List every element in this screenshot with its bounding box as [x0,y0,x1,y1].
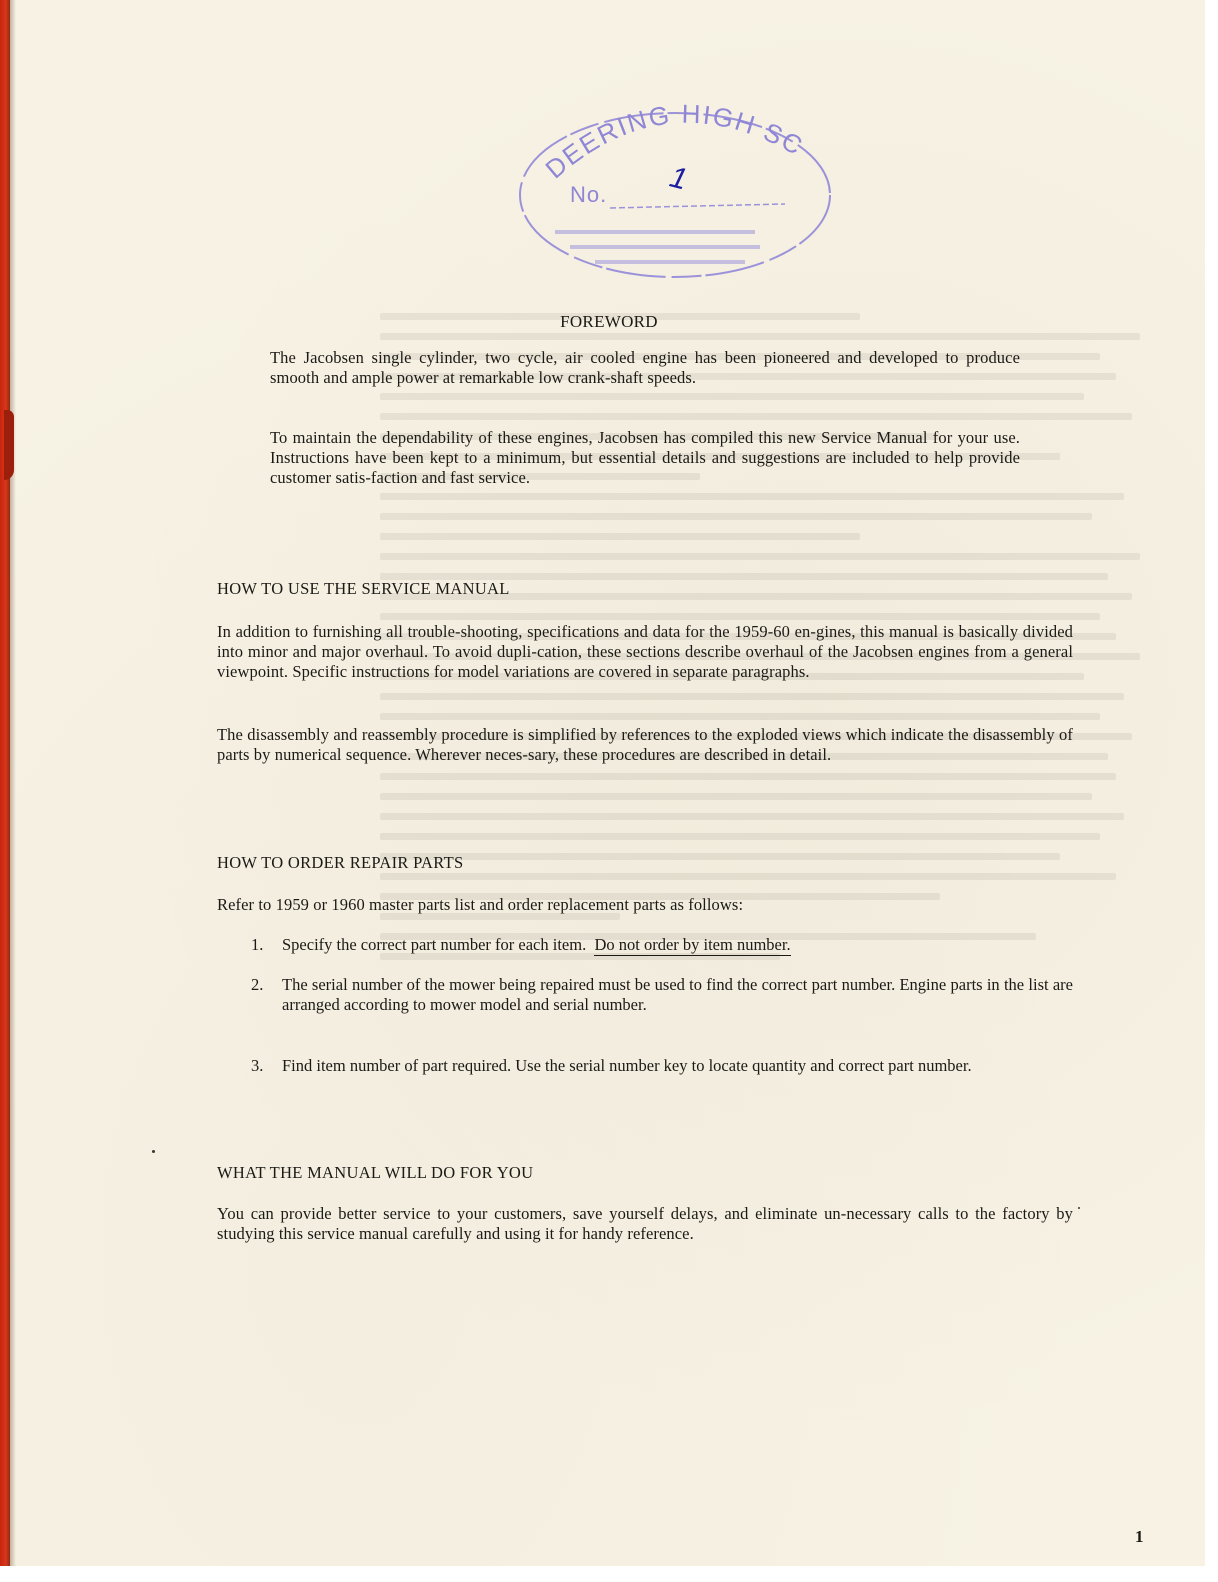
stamp-school-name: DEERING HIGH SCHOOL [515,100,809,184]
step-text: Find item number of part required. Use t… [282,1056,1073,1076]
order-parts-heading: HOW TO ORDER REPAIR PARTS [217,853,463,873]
binding-shadow [10,0,16,1566]
document-page: DEERING HIGH SCHOOL No. 1 FOREWORD The J… [0,0,1205,1566]
manual-benefits-paragraph: You can provide better service to your c… [217,1204,1073,1244]
step-number: 1. [251,935,263,955]
speck [1078,1207,1080,1209]
order-parts-intro: Refer to 1959 or 1960 master parts list … [217,895,1073,915]
order-step-3: 3. Find item number of part required. Us… [251,1056,1073,1076]
red-binding-edge [0,0,10,1566]
step-text: The serial number of the mower being rep… [282,975,1073,1015]
how-to-use-paragraph-1: In addition to furnishing all trouble-sh… [217,622,1073,683]
order-step-2: 2. The serial number of the mower being … [251,975,1073,1015]
library-stamp: DEERING HIGH SCHOOL No. 1 [515,100,835,295]
foreword-paragraph-1: The Jacobsen single cylinder, two cycle,… [270,348,1020,388]
stamp-number-label: No. [570,182,607,208]
step-number: 2. [251,975,263,995]
page-number: 1 [1135,1527,1144,1547]
stamp-oval: DEERING HIGH SCHOOL [515,100,835,295]
binding-tear [4,410,14,480]
how-to-use-heading: HOW TO USE THE SERVICE MANUAL [217,579,510,599]
manual-benefits-heading: WHAT THE MANUAL WILL DO FOR YOU [217,1163,533,1183]
step-text: Specify the correct part number for each… [282,935,586,954]
step-number: 3. [251,1056,263,1076]
order-step-1: 1. Specify the correct part number for e… [251,935,1073,955]
foreword-title: FOREWORD [0,312,1218,332]
step-emphasis: Do not order by item number. [594,935,790,956]
speck [152,1150,155,1153]
svg-text:DEERING HIGH SCHOOL: DEERING HIGH SCHOOL [515,100,809,184]
how-to-use-paragraph-2: The disassembly and reassembly procedure… [217,725,1073,765]
foreword-paragraph-2: To maintain the dependability of these e… [270,428,1020,489]
